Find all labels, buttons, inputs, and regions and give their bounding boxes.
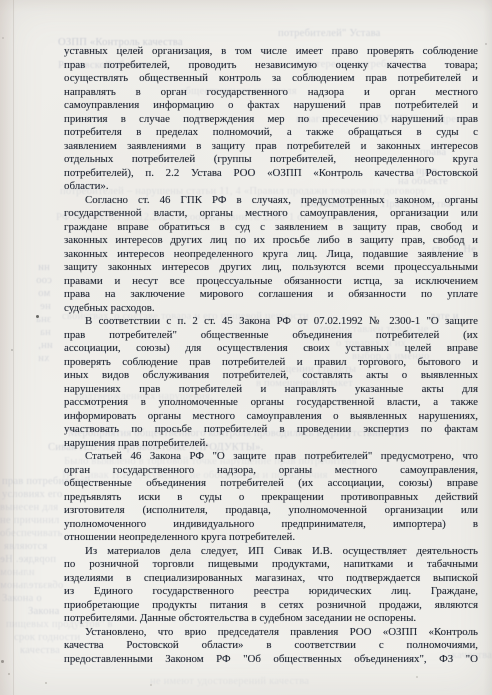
text-line: Статьей 46 Закона РФ "О защите прав потр… (64, 450, 478, 464)
paper-speck (485, 43, 487, 45)
bleedthrough-text: Закона (28, 606, 60, 618)
text-line: приобретающие продукты питания в сетях р… (64, 599, 478, 613)
text-line: права на заключение мирового соглашения … (64, 288, 478, 302)
text-line: государственной власти, органы местного … (64, 207, 478, 221)
text-line: законных интересов неопределенного круга… (64, 248, 478, 262)
text-line: направлять в орган государственного надз… (64, 86, 478, 100)
text-line: осуществлять общественный контроль за со… (64, 72, 478, 86)
text-line: рассмотрения в уполномоченные органы гос… (64, 396, 478, 410)
text-line: Установлено, что врио председателя правл… (64, 626, 478, 640)
bleedthrough-text: не имеют удостоверений качества (150, 676, 309, 688)
text-line: законных интересов других лиц по их прос… (64, 234, 478, 248)
bleedthrough-text: условиях его (2, 489, 63, 501)
text-line: уполномоченного индивидуального предприн… (64, 518, 478, 532)
bleedthrough-text: не причинил (0, 515, 59, 527)
paper-speck (150, 684, 152, 686)
text-line: Из материалов дела следует, ИП Сивак И.В… (64, 545, 478, 559)
bleedthrough-text: хи (38, 353, 49, 365)
text-line: иных видов обслуживания потребителей, со… (64, 369, 478, 383)
bleedthrough-text: обеспечивать (0, 528, 62, 540)
paper-speck (8, 673, 10, 675)
text-line: предоставленными Законом РФ "Об обществе… (64, 653, 478, 667)
text-block: уставных целей организация, в том числе … (64, 45, 478, 666)
paper-speck (11, 349, 13, 351)
text-line: участвовать по просьбе потребителей в пр… (64, 423, 478, 437)
paper-speck (416, 676, 418, 678)
text-line: заявлением заявлениями в защиту прав пот… (64, 140, 478, 154)
paper-speck (2, 37, 4, 39)
text-line: общественные объединения потребителей (и… (64, 477, 478, 491)
text-line: прав потребителей, проводить независимую… (64, 59, 478, 73)
bleedthrough-text: являются (4, 541, 48, 553)
text-line: информировать органы местного самоуправл… (64, 410, 478, 424)
text-line: потребителей), п. 2.2 Устава РОО «ОЗПП «… (64, 167, 478, 181)
bleedthrough-text: Закона о (2, 593, 42, 605)
bleedthrough-text: мо (38, 288, 50, 300)
text-line: проверять соблюдение прав потребителей и… (64, 356, 478, 370)
bleedthrough-text: обязательном (0, 580, 63, 592)
bleedthrough-text: ильном (0, 567, 34, 579)
bleedthrough-text: порядке. Не (0, 554, 56, 566)
text-line: орган государственного надзора, органы м… (64, 464, 478, 478)
text-line: предъявлять иски в суды о прекращении пр… (64, 491, 478, 505)
text-line: изготовителя (исполнителя, продавца, упо… (64, 504, 478, 518)
text-line: прав потребителей" общественные объедине… (64, 329, 478, 343)
text-line: нарушениях прав потребителей и направлят… (64, 383, 478, 397)
bleedthrough-text: ин, (38, 340, 53, 352)
text-line: качества Ростовской области» в соответст… (64, 639, 478, 653)
paper-speck (45, 682, 47, 684)
paper-speck (1, 660, 4, 663)
text-line: отдельных потребителей (группы потребите… (64, 153, 478, 167)
bleedthrough-text: качества (20, 645, 60, 657)
text-line: граждане вправе обратиться в суд с заявл… (64, 221, 478, 235)
bleedthrough-text: потребителей" Устава (278, 28, 381, 40)
text-line: потребителями. Данные обстоятельства в с… (64, 612, 478, 626)
text-line: потребителя в пределах полномочий, а так… (64, 126, 478, 140)
bleedthrough-text: на (40, 327, 51, 339)
bleedthrough-text: не (40, 301, 51, 313)
text-line: самоуправления информацию о фактах наруш… (64, 99, 478, 113)
text-line: уставных целей организация, в том числе … (64, 45, 478, 59)
document-page: ОЗПП «Контроль качествапотребителей" Уст… (0, 0, 492, 695)
text-line: В соответствии с п. 2 ст. 45 Закона РФ о… (64, 315, 478, 329)
text-line: из Единого государственного реестра юрид… (64, 585, 478, 599)
text-line: защиту законных интересов других лиц, по… (64, 261, 478, 275)
text-line: ассоциации, союзы) для осуществления сво… (64, 342, 478, 356)
text-line: правами и несут все процессуальные обяза… (64, 275, 478, 289)
bleedthrough-text: соо (36, 275, 52, 287)
text-line: области». (64, 180, 478, 194)
text-line: судебных расходов. (64, 302, 478, 316)
text-line: отношении неопределенного круга потребит… (64, 531, 478, 545)
text-line: Согласно ст. 46 ГПК РФ в случаях, предус… (64, 194, 478, 208)
text-line: принятия в случае подтверждения мер по п… (64, 113, 478, 127)
text-line: изделиями в специализированных магазинах… (64, 572, 478, 586)
bleedthrough-text: вынесен для (0, 502, 58, 514)
text-line: по розничной торговли пищевыми продуктам… (64, 558, 478, 572)
paper-speck (36, 315, 39, 318)
bleedthrough-text: ни (38, 262, 50, 274)
text-line: нарушения прав потребителей. (64, 437, 478, 451)
